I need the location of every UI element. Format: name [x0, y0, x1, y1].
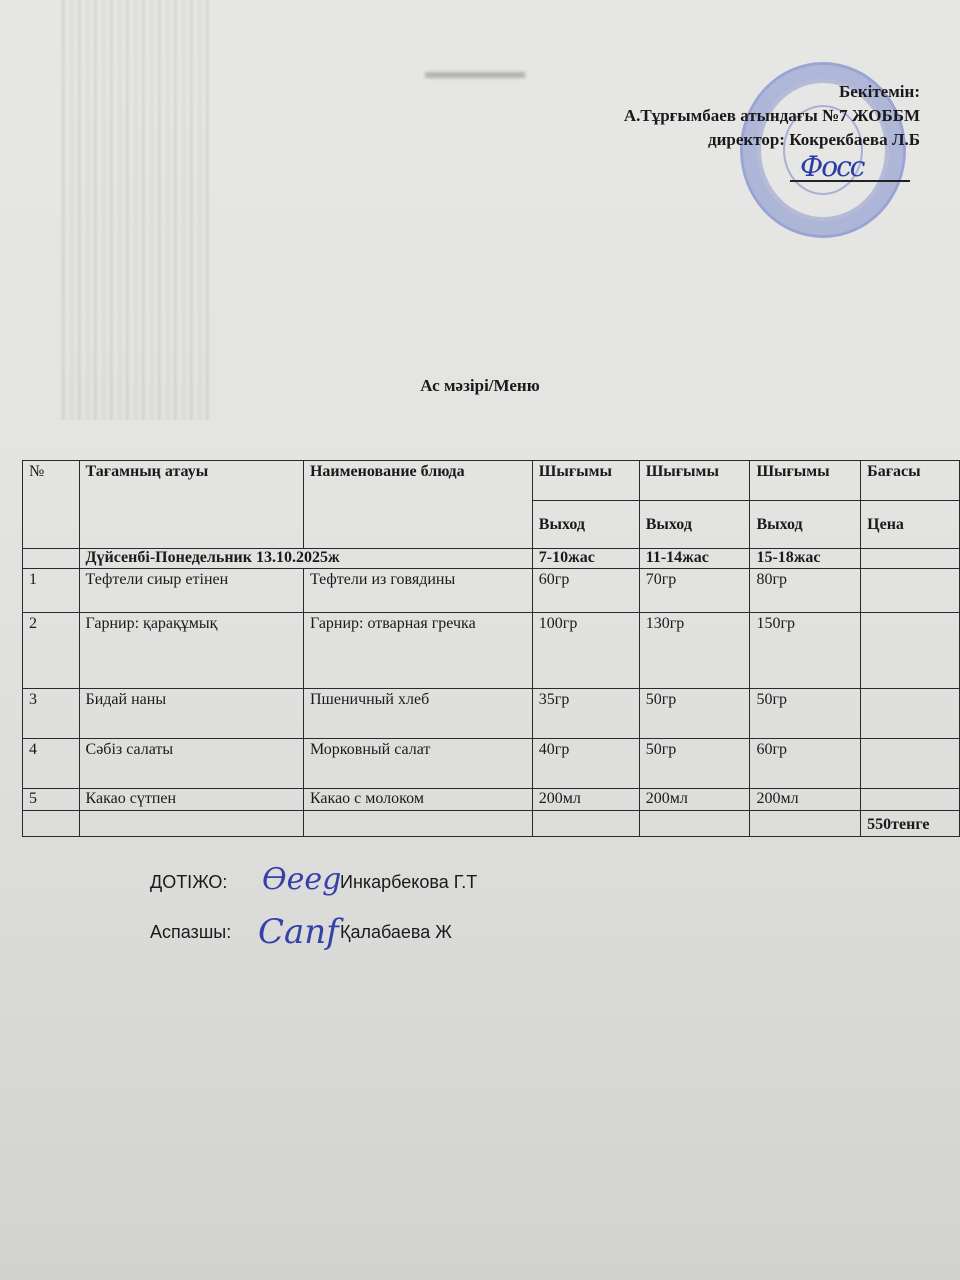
- cook-signature: Canf: [258, 912, 339, 952]
- total-price: 550тенге: [861, 811, 960, 837]
- price-cell: [861, 613, 960, 689]
- yield-11-14: 70гр: [639, 569, 750, 613]
- menu-table: № Тағамның атауы Наименование блюда Шығы…: [22, 460, 960, 837]
- age-group: 15-18жас: [750, 549, 861, 569]
- header-row-kz: № Тағамның атауы Наименование блюда Шығы…: [23, 461, 960, 501]
- cook-line: Аспазшы: Қалабаева Ж: [150, 922, 231, 943]
- header-yield-kz: Шығымы: [639, 461, 750, 501]
- header-name-kz: Тағамның атауы: [79, 461, 303, 549]
- header-yield-kz: Шығымы: [532, 461, 639, 501]
- empty-cell: [532, 811, 639, 837]
- approval-director: директор: Кокрекбаева Л.Б: [624, 128, 920, 152]
- empty-cell: [79, 811, 303, 837]
- day-label: Дүйсенбі-Понедельник 13.10.2025ж: [79, 549, 532, 569]
- yield-7-10: 200мл: [532, 789, 639, 811]
- row-num: 2: [23, 613, 80, 689]
- dish-name-kz: Какао сүтпен: [79, 789, 303, 811]
- day-row: Дүйсенбі-Понедельник 13.10.2025ж 7-10жас…: [23, 549, 960, 569]
- yield-11-14: 50гр: [639, 689, 750, 739]
- empty-cell: [750, 811, 861, 837]
- agreed-line: ДОТІЖО: Инкарбекова Г.Т: [150, 872, 227, 893]
- dish-name-ru: Морковный салат: [303, 739, 532, 789]
- total-row: 550тенге: [23, 811, 960, 837]
- row-num: 3: [23, 689, 80, 739]
- dish-name-kz: Бидай наны: [79, 689, 303, 739]
- agreed-label: ДОТІЖО:: [150, 872, 227, 892]
- yield-7-10: 100гр: [532, 613, 639, 689]
- yield-7-10: 40гр: [532, 739, 639, 789]
- yield-15-18: 150гр: [750, 613, 861, 689]
- table-row: 1 Тефтели сиыр етінен Тефтели из говядин…: [23, 569, 960, 613]
- empty-cell: [639, 811, 750, 837]
- yield-11-14: 50гр: [639, 739, 750, 789]
- header-price-kz: Бағасы: [861, 461, 960, 501]
- header-yield-ru: Выход: [532, 501, 639, 549]
- dish-name-ru: Какао с молоком: [303, 789, 532, 811]
- cook-name: Қалабаева Ж: [340, 922, 452, 943]
- row-num: 5: [23, 789, 80, 811]
- price-cell: [861, 689, 960, 739]
- agreed-name: Инкарбекова Г.Т: [340, 872, 477, 893]
- yield-15-18: 60гр: [750, 739, 861, 789]
- cook-label: Аспазшы:: [150, 922, 231, 942]
- yield-11-14: 130гр: [639, 613, 750, 689]
- print-smudge-mark: [425, 72, 525, 78]
- price-cell: [861, 789, 960, 811]
- yield-15-18: 200мл: [750, 789, 861, 811]
- approval-school: А.Тұрғымбаев атындағы №7 ЖОББМ: [624, 104, 920, 128]
- row-num: 4: [23, 739, 80, 789]
- yield-11-14: 200мл: [639, 789, 750, 811]
- day-num-cell: [23, 549, 80, 569]
- header-yield-ru: Выход: [639, 501, 750, 549]
- page-title: Ас мәзірі/Меню: [0, 376, 960, 396]
- approval-label: Бекітемін:: [624, 80, 920, 104]
- price-cell: [861, 739, 960, 789]
- header-price-ru: Цена: [861, 501, 960, 549]
- header-yield-ru: Выход: [750, 501, 861, 549]
- dish-name-ru: Тефтели из говядины: [303, 569, 532, 613]
- table-row: 2 Гарнир: қарақұмық Гарнир: отварная гре…: [23, 613, 960, 689]
- day-price-cell: [861, 549, 960, 569]
- dish-name-kz: Тефтели сиыр етінен: [79, 569, 303, 613]
- yield-7-10: 35гр: [532, 689, 639, 739]
- yield-7-10: 60гр: [532, 569, 639, 613]
- dish-name-kz: Гарнир: қарақұмық: [79, 613, 303, 689]
- row-num: 1: [23, 569, 80, 613]
- print-smudge: [60, 0, 210, 420]
- header-yield-kz: Шығымы: [750, 461, 861, 501]
- empty-cell: [23, 811, 80, 837]
- table-row: 3 Бидай наны Пшеничный хлеб 35гр 50гр 50…: [23, 689, 960, 739]
- director-signature: Фосс: [800, 150, 863, 183]
- header-name-ru: Наименование блюда: [303, 461, 532, 549]
- age-group: 7-10жас: [532, 549, 639, 569]
- approval-block: Бекітемін: А.Тұрғымбаев атындағы №7 ЖОББ…: [624, 80, 920, 152]
- empty-cell: [303, 811, 532, 837]
- dish-name-ru: Гарнир: отварная гречка: [303, 613, 532, 689]
- dish-name-kz: Сәбіз салаты: [79, 739, 303, 789]
- age-group: 11-14жас: [639, 549, 750, 569]
- table-row: 4 Сәбіз салаты Морковный салат 40гр 50гр…: [23, 739, 960, 789]
- agreed-signature: Ѳeeg: [262, 862, 341, 897]
- dish-name-ru: Пшеничный хлеб: [303, 689, 532, 739]
- price-cell: [861, 569, 960, 613]
- header-num: №: [23, 461, 80, 549]
- yield-15-18: 50гр: [750, 689, 861, 739]
- signature-line: [790, 180, 910, 182]
- table-row: 5 Какао сүтпен Какао с молоком 200мл 200…: [23, 789, 960, 811]
- yield-15-18: 80гр: [750, 569, 861, 613]
